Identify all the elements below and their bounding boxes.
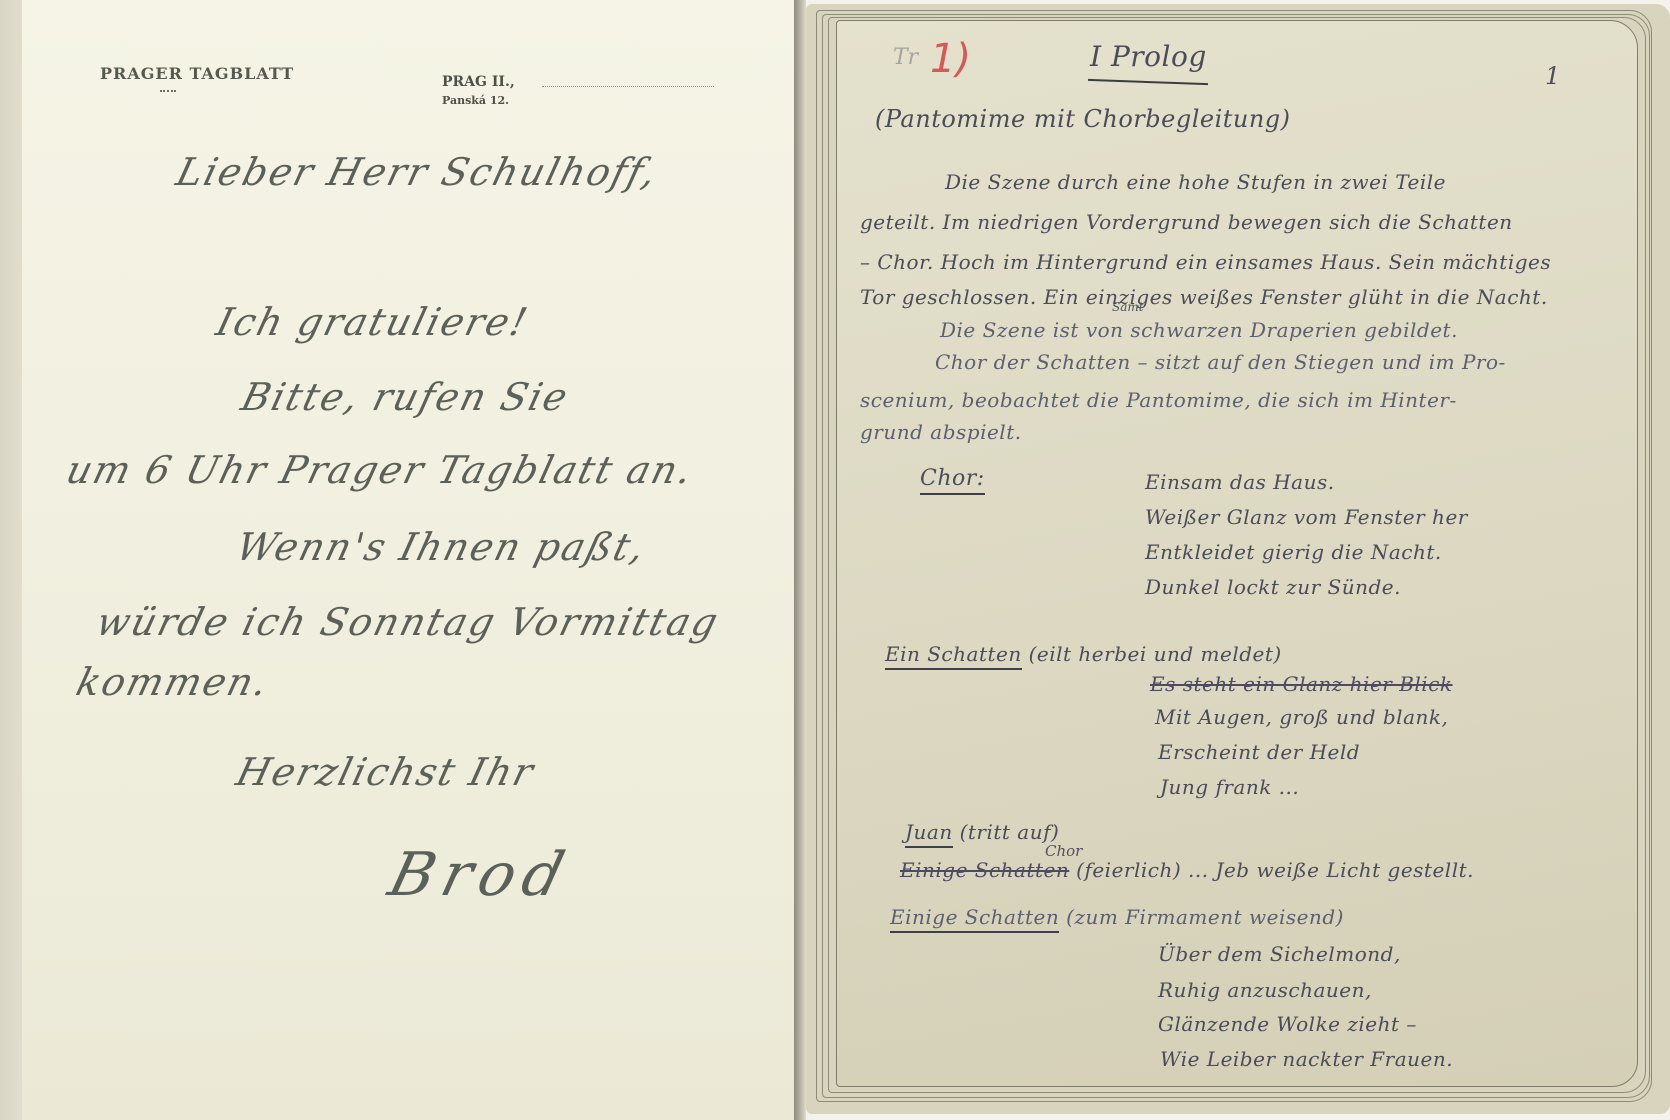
- stage-direction-line: scenium, beobachtet die Pantomime, die s…: [860, 388, 1457, 412]
- letter-line: würde ich Sonntag Vormittag: [92, 600, 724, 644]
- letter-line: um 6 Uhr Prager Tagblatt an.: [62, 448, 698, 492]
- speaker-name: Einige Schatten: [890, 905, 1059, 933]
- verse-line: Wie Leiber nackter Frauen.: [1160, 1047, 1453, 1071]
- faint-margin-note: Tr: [893, 45, 918, 70]
- letter-page: PRAGER TAGBLATT PRAG II., Panská 12. Lie…: [22, 0, 794, 1120]
- struck-speaker: Einige Schatten: [900, 858, 1069, 882]
- letter-line: Wenn's Ihnen paßt,: [232, 525, 651, 569]
- chor-feierlich-line: Einige Schatten (feierlich) ... Jeb weiß…: [900, 858, 1474, 882]
- stage-direction-line: Chor der Schatten – sitzt auf den Stiege…: [935, 350, 1506, 374]
- insertion-above: Samt: [1112, 300, 1144, 314]
- letter-line: Ich gratuliere!: [212, 300, 533, 344]
- stage-direction-line: Tor geschlossen. Ein einziges weißes Fen…: [860, 285, 1548, 309]
- verse-line: Jung frank ...: [1160, 775, 1299, 799]
- stage-direction-line: Die Szene ist von schwarzen Draperien ge…: [940, 318, 1458, 342]
- speaker-direction: (zum Firmament weisend): [1066, 905, 1344, 929]
- verse-line: Erscheint der Held: [1158, 740, 1360, 764]
- stage-direction-line: geteilt. Im niedrigen Vordergrund bewege…: [860, 210, 1513, 234]
- letterhead-ornament: [160, 90, 176, 94]
- verse-line: Dunkel lockt zur Sünde.: [1145, 575, 1401, 599]
- closing: Herzlichst Ihr: [232, 750, 539, 794]
- signature: Brod: [382, 840, 579, 910]
- page-number: 1: [1545, 62, 1561, 90]
- manuscript-title: I Prolog: [1090, 40, 1207, 73]
- verse-line: Über dem Sichelmond,: [1158, 942, 1401, 966]
- letter-line: Bitte, rufen Sie: [237, 375, 574, 419]
- letter-line: kommen.: [72, 660, 274, 704]
- speaker-einige-schatten: Einige Schatten (zum Firmament weisend): [890, 905, 1344, 929]
- verse-line: Einsam das Haus.: [1145, 470, 1335, 494]
- stage-direction-line: Die Szene durch eine hohe Stufen in zwei…: [945, 170, 1446, 194]
- letterhead-city: PRAG II.,: [442, 74, 515, 90]
- speaker-ein-schatten: Ein Schatten (eilt herbei und meldet): [885, 642, 1282, 666]
- salutation: Lieber Herr Schulhoff,: [172, 150, 663, 194]
- speaker-name: Juan: [905, 820, 953, 848]
- letterhead-name: PRAGER TAGBLATT: [100, 64, 294, 83]
- verse-line: Ruhig anzuschauen,: [1158, 978, 1372, 1002]
- speaker-direction: (feierlich): [1076, 858, 1181, 882]
- verse-line: Entkleidet gierig die Nacht.: [1145, 540, 1442, 564]
- stage-direction-line: – Chor. Hoch im Hintergrund ein einsames…: [860, 250, 1551, 274]
- verse-line: Glänzende Wolke zieht –: [1158, 1012, 1417, 1036]
- speaker-juan: Juan (tritt auf): [905, 820, 1059, 844]
- speaker-direction: (eilt herbei und meldet): [1029, 642, 1282, 666]
- date-line: [542, 86, 714, 87]
- verse-line: Mit Augen, groß und blank,: [1155, 705, 1448, 729]
- letterhead-street: Panská 12.: [442, 94, 509, 107]
- speaker-direction: (tritt auf): [960, 820, 1060, 844]
- speaker-name: Ein Schatten: [885, 642, 1022, 670]
- manuscript-subtitle: (Pantomime mit Chorbegleitung): [875, 105, 1291, 133]
- red-section-number: 1): [930, 36, 971, 82]
- speaker-chor: Chor:: [920, 466, 985, 495]
- stage-direction-line: grund abspielt.: [860, 420, 1022, 444]
- page-gap-shadow: [794, 0, 806, 1120]
- struck-verse-line: Es steht ein Glanz hier Blick: [1150, 672, 1453, 696]
- verse-line: Weißer Glanz vom Fenster her: [1145, 505, 1468, 529]
- verse-text: ... Jeb weiße Licht gestellt.: [1188, 858, 1474, 882]
